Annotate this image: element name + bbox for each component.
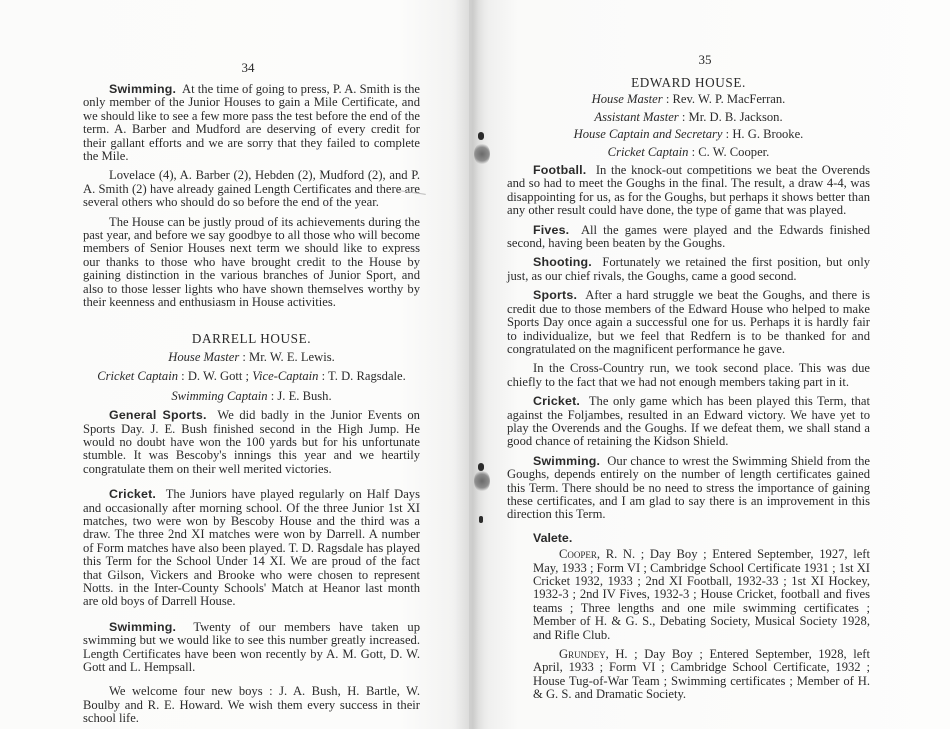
edward-cricket-paragraph: Cricket. The only game which has been pl…	[507, 395, 870, 449]
shooting-paragraph: Shooting. Fortunately we retained the fi…	[507, 256, 870, 283]
valete-entry-grundey: Grundey, H. ; Day Boy ; Entered Septembe…	[507, 648, 870, 702]
staple-mark	[479, 516, 483, 523]
booklet-spread: 34 Swimming. At the time of going to pre…	[0, 0, 950, 729]
edward-swimming-paragraph: Swimming. Our chance to wrest the Swimmi…	[507, 455, 870, 522]
darrell-cricket-paragraph: Cricket. The Juniors have played regular…	[83, 488, 420, 609]
rust-stain-bottom	[474, 470, 490, 492]
fives-paragraph: Fives. All the games were played and the…	[507, 224, 870, 251]
darrell-captains: Cricket Captain : D. W. Gott ; Vice-Capt…	[83, 370, 420, 383]
darrell-swimming-captain: Swimming Captain : J. E. Bush.	[83, 390, 420, 403]
page-35: 35 EDWARD HOUSE. House Master : Rev. W. …	[470, 0, 950, 729]
staple-top	[478, 132, 484, 140]
welcome-paragraph: We welcome four new boys : J. A. Bush, H…	[83, 685, 420, 725]
binding-fold	[469, 0, 471, 729]
house-proud-paragraph: The House can be justly proud of its ach…	[83, 216, 420, 310]
edward-cricket-captain: Cricket Captain : C. W. Cooper.	[507, 146, 870, 159]
darrell-swimming-paragraph: Swimming. Twenty of our members have tak…	[83, 621, 420, 675]
page-34: 34 Swimming. At the time of going to pre…	[0, 0, 470, 729]
valete-entry-cooper: Cooper, R. N. ; Day Boy ; Entered Septem…	[507, 548, 870, 642]
section-heading: Swimming.	[109, 82, 176, 96]
edward-house-captain: House Captain and Secretary : H. G. Broo…	[507, 128, 870, 141]
edward-house-title: EDWARD HOUSE.	[507, 76, 870, 89]
page-number: 34	[228, 60, 268, 76]
football-paragraph: Football. In the knock-out competitions …	[507, 164, 870, 218]
left-column: Swimming. At the time of going to press,…	[83, 83, 420, 729]
edward-house-master: House Master : Rev. W. P. MacFerran.	[507, 93, 870, 106]
edward-assistant-master: Assistant Master : Mr. D. B. Jackson.	[507, 111, 870, 124]
sports-paragraph: Sports. After a hard struggle we beat th…	[507, 289, 870, 356]
junior-swimming-paragraph: Swimming. At the time of going to press,…	[83, 83, 420, 163]
valete-heading: Valete.	[533, 532, 870, 545]
rust-stain-top	[474, 143, 490, 165]
general-sports-paragraph: General Sports. We did badly in the Juni…	[83, 409, 420, 476]
length-certificates-paragraph: Lovelace (4), A. Barber (2), Hebden (2),…	[83, 169, 420, 209]
binding-shadow	[455, 0, 489, 729]
page-number: 35	[685, 52, 725, 68]
cross-country-paragraph: In the Cross-Country run, we took second…	[507, 362, 870, 389]
right-column: EDWARD HOUSE. House Master : Rev. W. P. …	[507, 76, 870, 708]
darrell-house-title: DARRELL HOUSE.	[83, 332, 420, 345]
darrell-house-master: House Master : Mr. W. E. Lewis.	[83, 351, 420, 364]
